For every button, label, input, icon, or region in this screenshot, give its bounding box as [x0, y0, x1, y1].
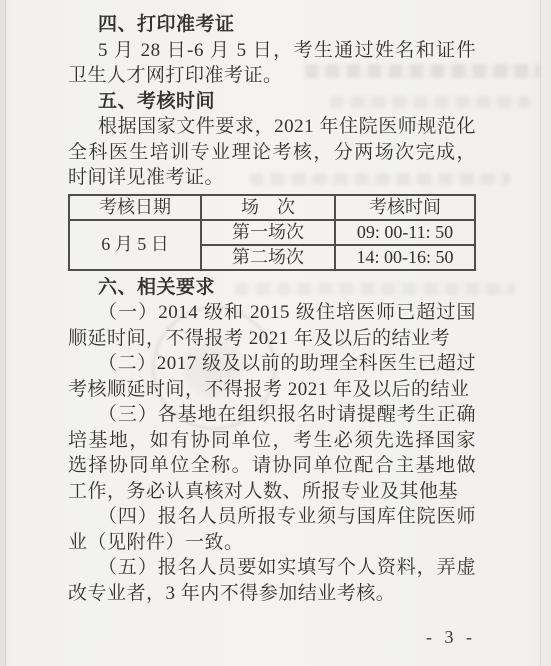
section-heading-related-requirements: 六、相关要求	[68, 275, 476, 301]
col-header-exam-time: 考核时间	[335, 195, 475, 220]
col-header-exam-date: 考核日期	[69, 195, 201, 220]
document-content: 四、打印准考证 5 月 28 日-6 月 5 日，考生通过姓名和证件编号登录中国…	[68, 12, 476, 606]
section-heading-print-admission-ticket: 四、打印准考证	[68, 12, 476, 38]
body-line: 工作，务必认真核对人数、所报专业及其他基本信息。	[68, 479, 476, 505]
scan-left-edge	[0, 0, 6, 666]
scanned-document-page: 四、打印准考证 5 月 28 日-6 月 5 日，考生通过姓名和证件编号登录中国…	[0, 0, 551, 666]
page-number: - 3 -	[426, 627, 476, 648]
body-line: 业（见附件）一致。	[68, 530, 476, 556]
table-row: 6 月 5 日 第一场次 09: 00-11: 50	[69, 220, 475, 245]
body-line: 时间详见准考证。	[68, 165, 476, 191]
body-line: 考核顺延时间，不得报考 2021 年及以后的结业考核。	[68, 377, 476, 403]
body-line: 5 月 28 日-6 月 5 日，考生通过姓名和证件编号登录中国	[68, 38, 476, 64]
body-line: 选择协同单位全称。请协同单位配合主基地做好报名资格审查	[68, 453, 476, 479]
body-line: 顺延时间，不得报考 2021 年及以后的结业考核。	[68, 326, 476, 352]
body-line: 全科医生培训专业理论考核，分两场次完成，各专业具体考试	[68, 140, 476, 166]
exam-schedule-table: 考核日期 场 次 考核时间 6 月 5 日 第一场次 09: 00-11: 50…	[68, 194, 476, 271]
body-line: （三）各基地在组织报名时请提醒考生正确选择国家级住	[68, 402, 476, 428]
scan-right-edge	[540, 0, 541, 666]
col-header-session: 场 次	[201, 195, 335, 220]
session-cell: 第二场次	[201, 245, 335, 270]
section-heading-exam-time: 五、考核时间	[68, 89, 476, 115]
body-line: 改专业者，3 年内不得参加结业考核。	[68, 581, 476, 607]
session-cell: 第一场次	[201, 220, 335, 245]
body-line: （四）报名人员所报专业须与国库住院医师规范化培训专	[68, 504, 476, 530]
body-line: （二）2017 级及以前的助理全科医生已超过国家规定的	[68, 351, 476, 377]
body-line: 培基地，如有协同单位，考生必须先选择国家级住培基地后再	[68, 428, 476, 454]
time-cell: 14: 00-16: 50	[335, 245, 475, 270]
body-line: 根据国家文件要求，2021 年住院医师规范化培训和助理	[68, 114, 476, 140]
table-header-row: 考核日期 场 次 考核时间	[69, 195, 475, 220]
body-line: （一）2014 级和 2015 级住培医师已超过国家规定的考核	[68, 300, 476, 326]
time-cell: 09: 00-11: 50	[335, 220, 475, 245]
body-line: 卫生人才网打印准考证。	[68, 63, 476, 89]
body-line: （五）报名人员要如实填写个人资料，弄虚作假、擅自更	[68, 555, 476, 581]
exam-date-cell: 6 月 5 日	[69, 220, 201, 270]
